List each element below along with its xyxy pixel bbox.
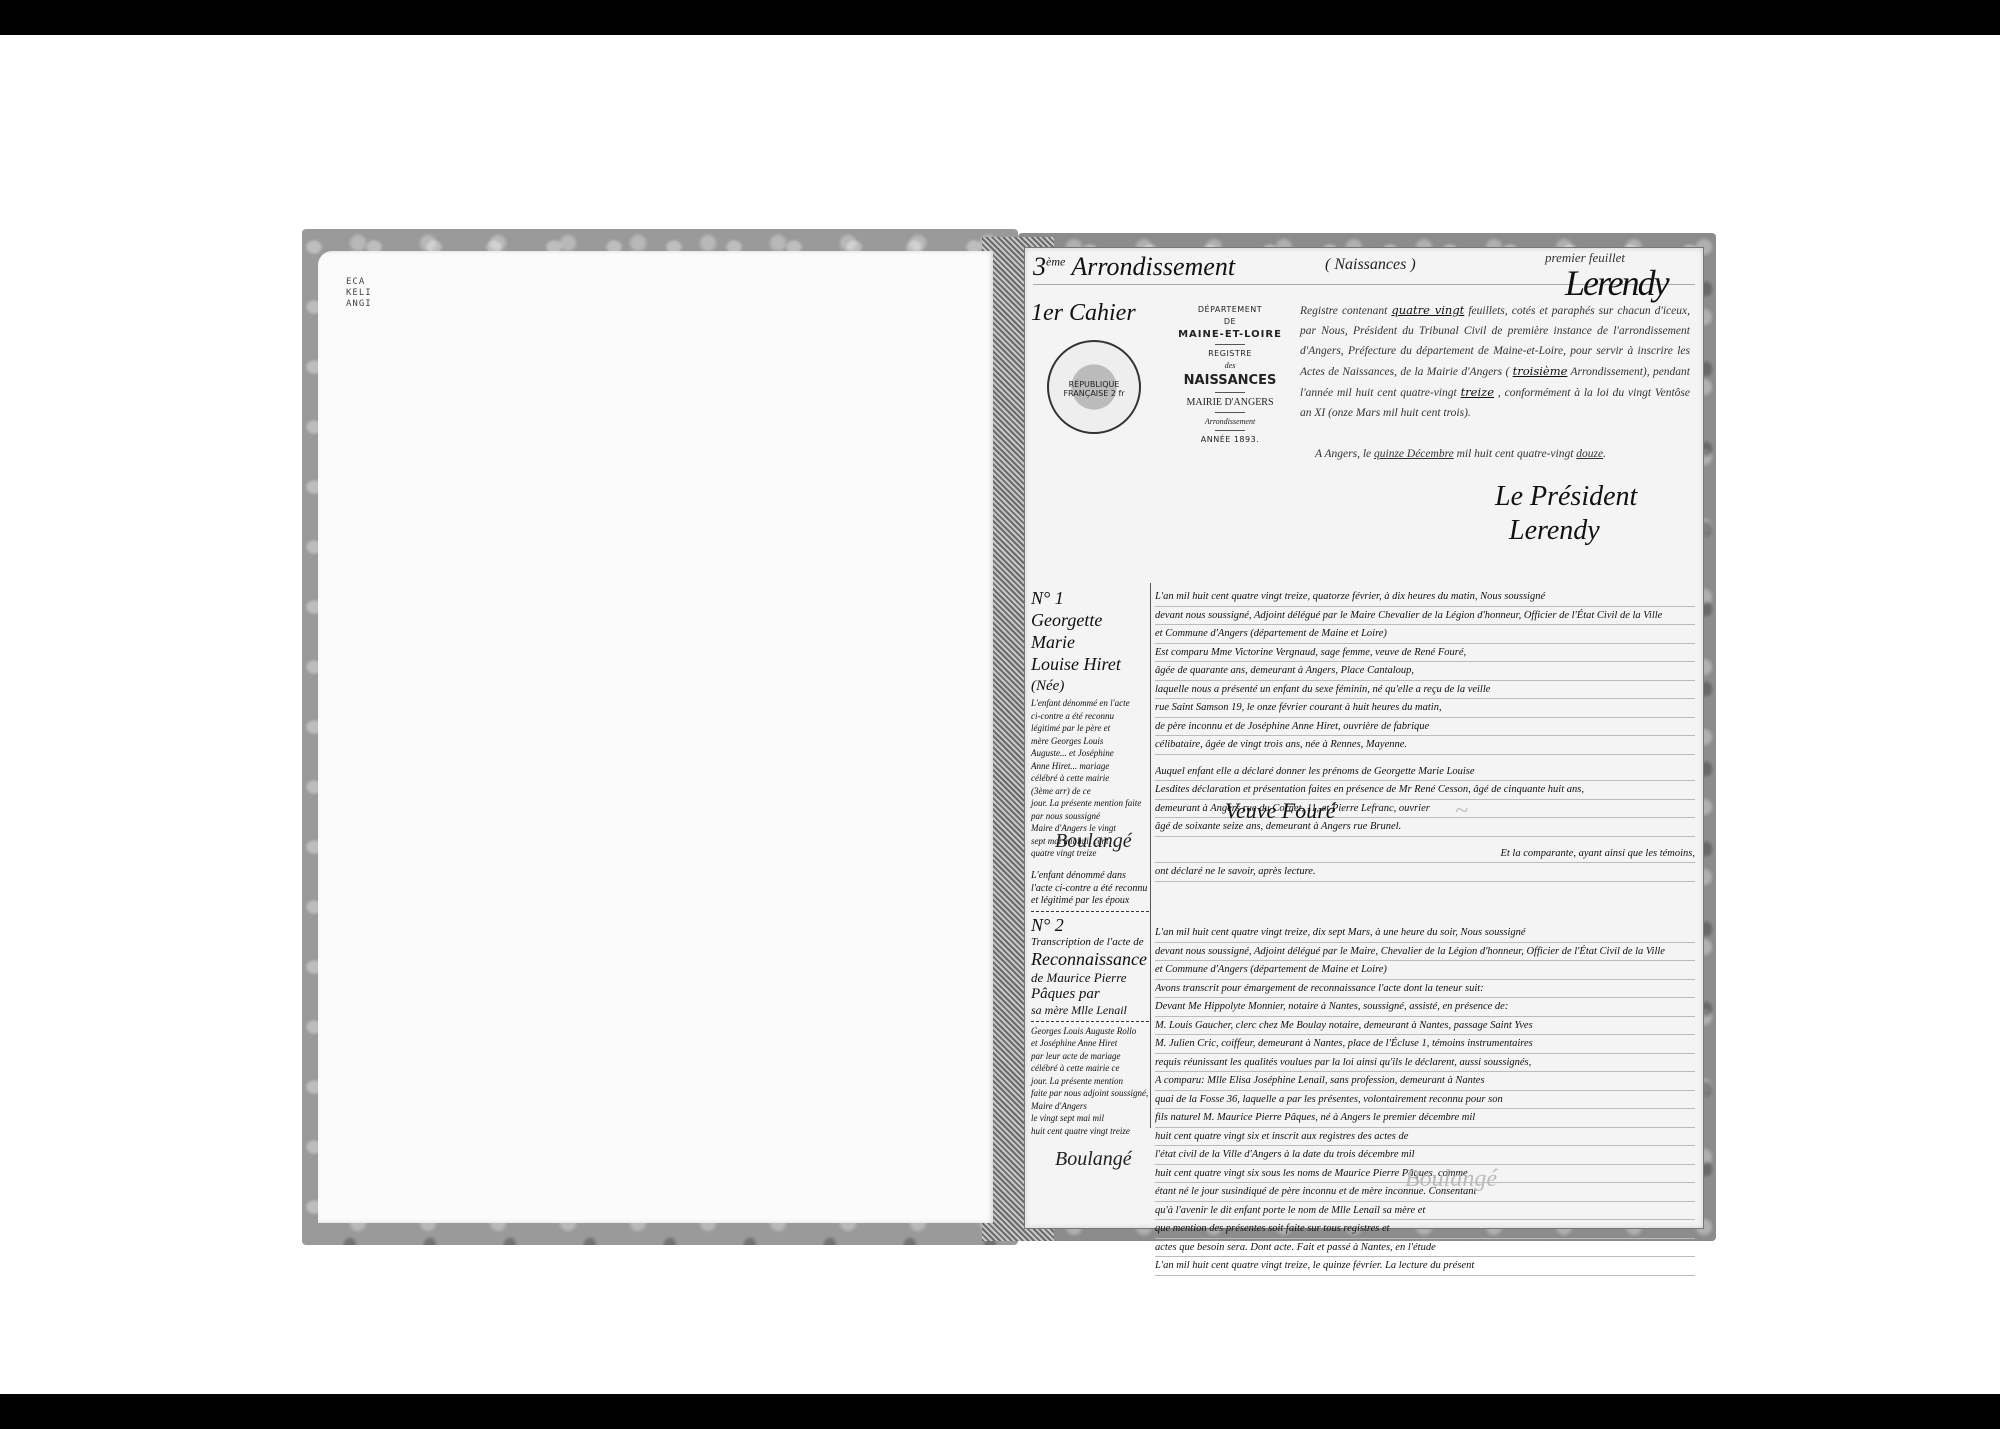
entry2-margin-note: Georges Louis Auguste Rollo et Joséphine… <box>1031 1025 1149 1138</box>
republic-seal-icon: RÉPUBLIQUE FRANÇAISE 2 fr <box>1047 340 1141 434</box>
entry2-margin: L'enfant dénommé dans l'acte ci-contre a… <box>1031 870 1149 1137</box>
right-register-page: 3ème Arrondissement ( Naissances ) premi… <box>1024 247 1704 1229</box>
arrondissement-heading: 3ème Arrondissement <box>1033 252 1235 282</box>
entry1-signature: Veuve Fouré <box>1225 798 1336 824</box>
archive-stamp: ECA KELI ANGI <box>346 277 372 310</box>
entry1-margin: N° 1 Georgette Marie Louise Hiret (Née) … <box>1031 588 1149 860</box>
entry2-margin-signature: Boulangé <box>1055 1148 1132 1171</box>
department-block: DÉPARTEMENT DE MAINE-ET-LOIRE REGISTRE d… <box>1175 302 1285 447</box>
entry1-faint-signature: ~ <box>1455 798 1468 825</box>
cahier-label: 1er Cahier <box>1031 300 1136 327</box>
register-certification-text: Registre contenant quatre vingt feuillet… <box>1300 300 1690 423</box>
header-signature: Lerendy <box>1565 262 1668 304</box>
section-title: ( Naissances ) <box>1325 256 1416 274</box>
entry2-pre-note: L'enfant dénommé dans l'acte ci-contre a… <box>1031 870 1149 908</box>
entry1-margin-signature: Boulangé <box>1055 830 1132 853</box>
left-blank-page: ECA KELI ANGI <box>318 251 993 1223</box>
entry1-body: L'an mil huit cent quatre vingt treize, … <box>1155 588 1695 882</box>
margin-divider <box>1150 583 1151 1128</box>
scan-background: ECA KELI ANGI 3ème Arrondissement ( Nais… <box>0 35 2000 1394</box>
register-book: ECA KELI ANGI 3ème Arrondissement ( Nais… <box>302 229 1716 1245</box>
entry2-faint-signature: Boulangé <box>1405 1166 1497 1193</box>
dated-line: A Angers, le quinze Décembre mil huit ce… <box>1315 448 1606 460</box>
entry2-body: L'an mil huit cent quatre vingt treize, … <box>1155 924 1695 1276</box>
president-signature: Le Président Lerendy <box>1495 480 1637 548</box>
